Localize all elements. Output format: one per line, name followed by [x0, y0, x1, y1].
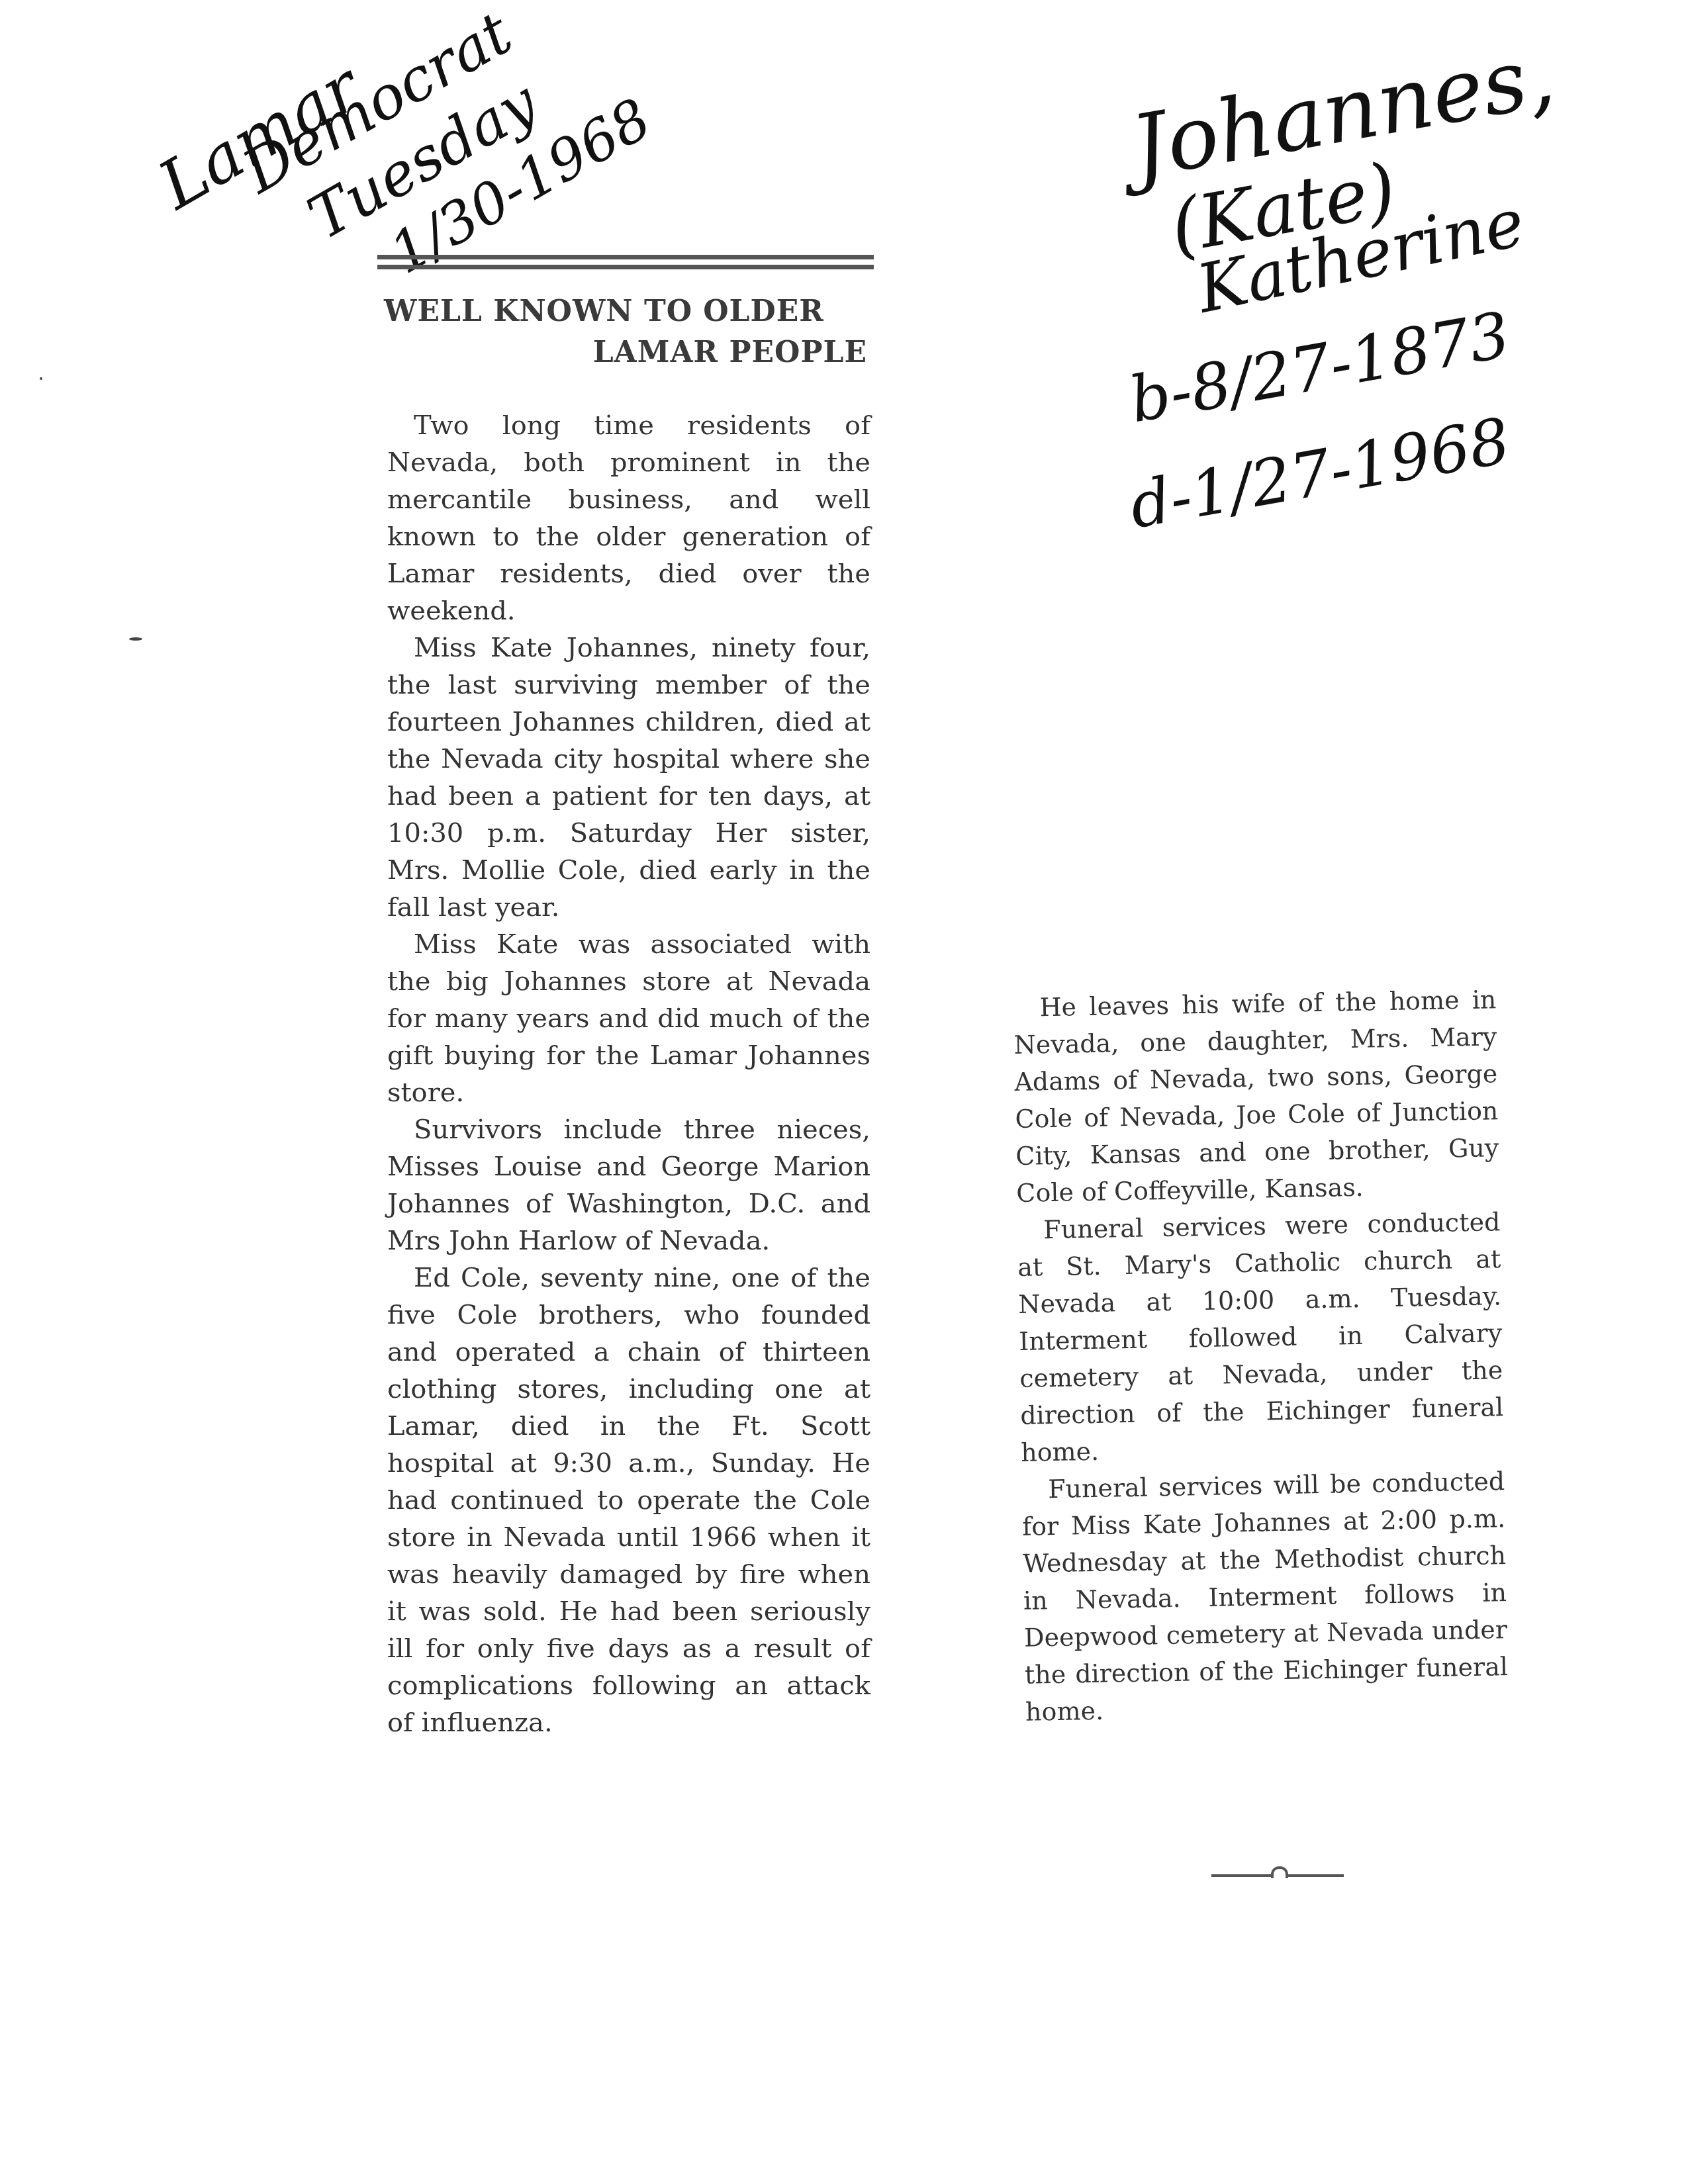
scan-speck	[40, 377, 42, 380]
paragraph: He leaves his wife of the home in Nevada…	[1013, 981, 1500, 1212]
paragraph: Survivors include three nieces, Misses L…	[387, 1111, 870, 1259]
scan-speck	[129, 637, 142, 641]
paragraph: Funeral services will be conducted for M…	[1021, 1463, 1509, 1731]
article-right-column: He leaves his wife of the home in Nevada…	[1013, 981, 1509, 1731]
paragraph: Two long time residents of Nevada, both …	[387, 407, 870, 629]
headline-line: WELL KNOWN TO OLDER	[384, 291, 874, 332]
paragraph: Miss Kate was associated with the big Jo…	[387, 926, 870, 1111]
end-of-article-divider	[1211, 1874, 1344, 1877]
paragraph: Funeral services were conducted at St. M…	[1017, 1203, 1505, 1471]
paragraph: Ed Cole, seventy nine, one of the five C…	[387, 1259, 870, 1741]
subject-note-line: d-1/27-1968	[1125, 410, 1515, 538]
article-headline: WELL KNOWN TO OLDER LAMAR PEOPLE	[384, 291, 874, 373]
paragraph: Miss Kate Johannes, ninety four, the las…	[387, 629, 870, 926]
article-left-column: Two long time residents of Nevada, both …	[387, 407, 870, 1741]
headline-double-rule	[377, 255, 874, 269]
headline-line: LAMAR PEOPLE	[384, 332, 874, 373]
